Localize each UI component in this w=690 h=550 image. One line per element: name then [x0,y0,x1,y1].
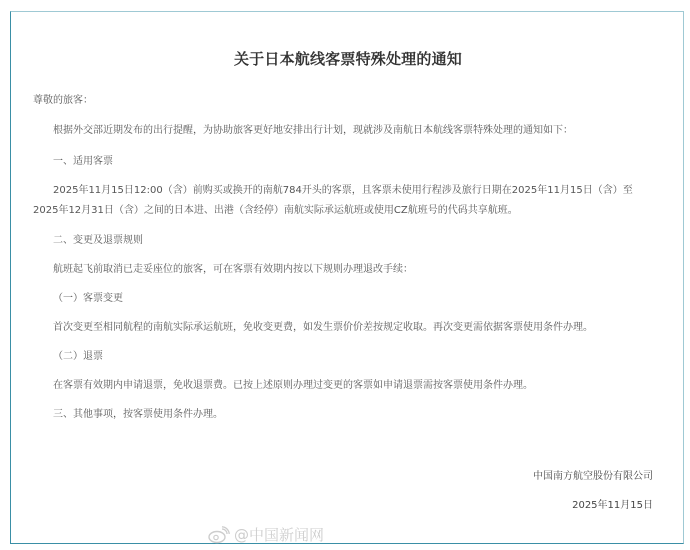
notice-box: 关于日本航线客票特殊处理的通知 尊敬的旅客： 根据外交部近期发布的出行提醒，为协… [10,11,684,544]
section2-sub1-heading: （一）客票变更 [53,292,123,305]
notice-title: 关于日本航线客票特殊处理的通知 [11,48,685,69]
watermark-text: @中国新闻网 [234,524,324,545]
section2-body: 航班起飞前取消已走妥座位的旅客，可在客票有效期内按以下规则办理退改手续： [53,263,413,276]
section2-sub2-body: 在客票有效期内申请退票，免收退票费。已按上述原则办理过变更的客票如申请退票需按客… [53,379,533,392]
intro-paragraph: 根据外交部近期发布的出行提醒，为协助旅客更好地安排出行计划，现就涉及南航日本航线… [53,124,573,137]
section3-heading: 三、其他事项，按客票使用条件办理。 [53,408,223,421]
weibo-icon [208,526,230,544]
greeting: 尊敬的旅客： [33,94,93,107]
section2-sub2-heading: （二）退票 [53,350,103,363]
section1-body-line2: 2025年12月31日（含）之间的日本进、出港（含经停）南航实际承运航班或使用C… [33,204,518,217]
section2-heading: 二、变更及退票规则 [53,234,143,247]
section2-sub1-body: 首次变更至相同航程的南航实际承运航班，免收变更费，如发生票价价差按规定收取。再次… [53,321,593,334]
signature-company: 中国南方航空股份有限公司 [533,467,653,482]
section1-heading: 一、适用客票 [53,155,113,168]
section1-body-line1: 2025年11月15日12:00（含）前购买或换开的南航784开头的客票，且客票… [53,184,633,197]
watermark: @中国新闻网 [208,524,324,545]
signature-date: 2025年11月15日 [572,496,653,511]
